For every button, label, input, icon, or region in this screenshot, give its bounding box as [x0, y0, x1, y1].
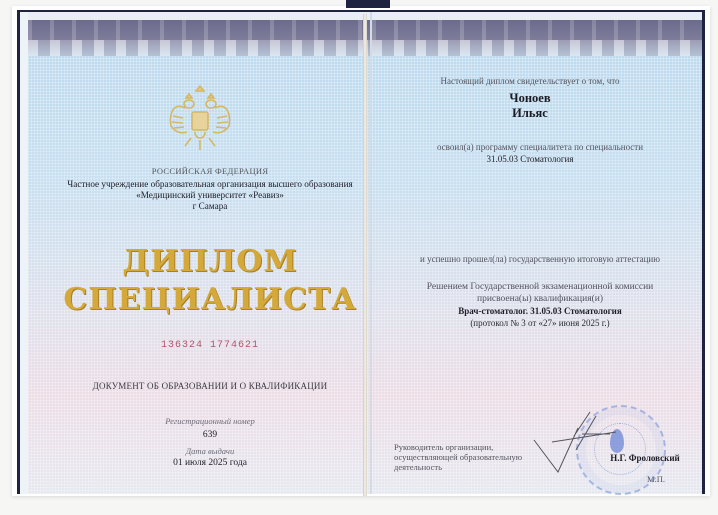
commission-line-2: присвоена(ы) квалификация(и)	[430, 294, 650, 304]
registration-number: 639	[160, 430, 260, 440]
graduate-surname: Чоноев	[480, 91, 580, 106]
program-text: освоил(а) программу специалитета по спец…	[410, 142, 670, 152]
decorative-guilloche-band	[28, 20, 370, 40]
protocol: (протокол № 3 от «27» июня 2025 г.)	[440, 318, 640, 328]
head-of-organization-label: Руководитель организации, осуществляющей…	[394, 442, 564, 472]
specialty: 31.05.03 Стоматология	[470, 154, 590, 164]
issue-date: 01 июля 2025 года	[130, 458, 290, 468]
coat-of-arms-icon	[165, 80, 235, 155]
page-top-margin	[372, 12, 702, 20]
binding-cord	[363, 14, 367, 496]
country-name: РОССИЙСКАЯ ФЕДЕРАЦИЯ	[120, 166, 300, 176]
commission-line-1: Решением Государственной экзаменационной…	[400, 282, 680, 292]
diploma-title-line-1: ДИПЛОМ	[60, 244, 360, 279]
spine-tab	[346, 0, 390, 8]
page-top-margin	[28, 12, 370, 20]
registration-number-label: Регистрационный номер	[130, 416, 290, 426]
serial-number: 136324 1774621	[110, 340, 310, 351]
signatory-name: Н.Г. Фроловский	[595, 453, 695, 463]
decorative-guilloche-band	[372, 20, 702, 40]
graduate-given-name: Ильяс	[480, 106, 580, 121]
document-caption: ДОКУМЕНТ ОБ ОБРАЗОВАНИИ И О КВАЛИФИКАЦИИ	[55, 381, 365, 391]
certificate-intro: Настоящий диплом свидетельствует о том, …	[410, 76, 650, 86]
attestation-text: и успешно прошел(ла) государственную ито…	[390, 254, 690, 264]
institution-line-2: «Медицинский университет «Реавиз»	[55, 190, 365, 201]
institution-city: г Самара	[55, 201, 365, 212]
qualification: Врач-стоматолог. 31.05.03 Стоматология	[440, 306, 640, 316]
issue-date-label: Дата выдачи	[130, 446, 290, 456]
head-label-line-3: деятельность	[394, 462, 564, 472]
institution-line-1: Частное учреждение образовательная орган…	[55, 179, 365, 190]
head-label-line-1: Руководитель организации,	[394, 442, 564, 452]
decorative-guilloche-fringe	[28, 40, 370, 56]
head-label-line-2: осуществляющей образовательную	[394, 452, 564, 462]
diploma-title-line-2: СПЕЦИАЛИСТА	[40, 282, 380, 317]
decorative-guilloche-fringe	[372, 40, 702, 56]
seal-mark: М.П.	[636, 474, 676, 484]
